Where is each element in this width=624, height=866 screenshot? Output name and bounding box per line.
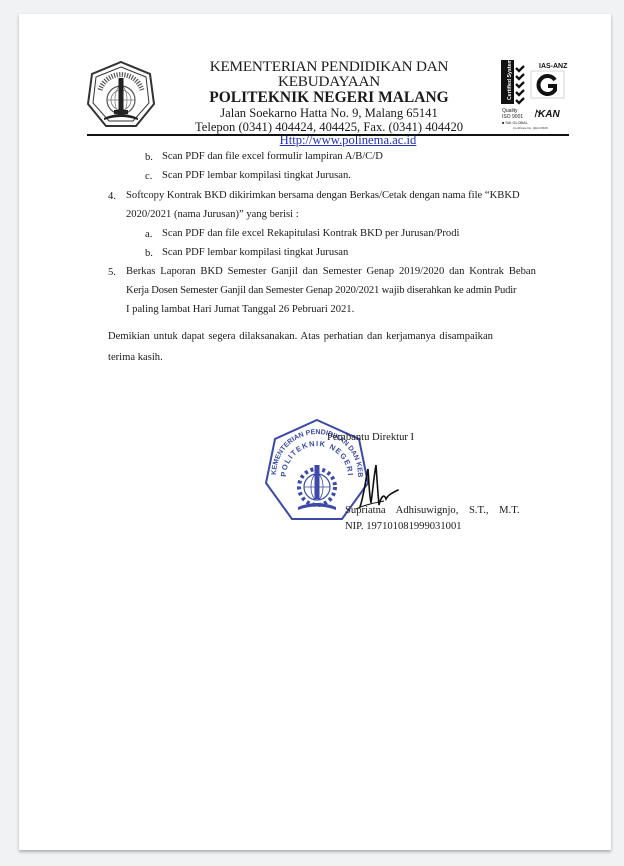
- list-item-text: Scan PDF dan file excel formulir lampira…: [162, 152, 383, 163]
- list-item-text: Scan PDF dan file excel Rekapitulasi Kon…: [162, 229, 459, 240]
- institution-name: POLITEKNIK NEGERI MALANG: [159, 90, 499, 106]
- list-item-text: 2020/2021 (nama Jurusan)” yang berisi :: [126, 210, 299, 221]
- closing-paragraph-line: terima kasih.: [108, 353, 163, 364]
- list-marker: 5.: [108, 267, 116, 278]
- list-item-text: Scan PDF lembar kompilasi tingkat Jurusa…: [162, 248, 348, 259]
- text-line: Softcopy Kontrak BKD dikirimkan bersama …: [126, 191, 520, 202]
- svg-text:IAS-ANZ: IAS-ANZ: [539, 63, 568, 70]
- document-page: KEMENTERIAN PENDIDIKAN DAN KEBUDAYAAN PO…: [19, 14, 611, 850]
- list-item-text: Berkas Laporan BKD Semester Ganjil dan S…: [126, 267, 536, 278]
- list-marker: a.: [145, 229, 152, 240]
- list-item-text: Scan PDF lembar kompilasi tingkat Jurusa…: [162, 171, 351, 182]
- svg-text:ISO 9001: ISO 9001: [502, 114, 523, 120]
- svg-text:■ SAI GLOBAL: ■ SAI GLOBAL: [502, 121, 528, 125]
- phone: Telepon (0341) 404424, 404425, Fax. (034…: [159, 121, 499, 134]
- letterhead-divider: [87, 134, 569, 136]
- polinema-logo-icon: [86, 60, 156, 130]
- list-marker: c.: [145, 171, 152, 182]
- svg-text:⨡KAN: ⨡KAN: [534, 109, 560, 120]
- signatory-nip: NIP. 197101081999031001: [345, 522, 462, 533]
- svg-text:Certificate No. QEC23608: Certificate No. QEC23608: [513, 126, 548, 130]
- list-marker: b.: [145, 248, 153, 259]
- list-item-text: Kerja Dosen Semester Ganjil dan Semester…: [126, 286, 516, 297]
- ministry-name: KEMENTERIAN PENDIDIKAN DAN KEBUDAYAAN: [159, 59, 499, 89]
- signatory-position: Pembantu Direktur I: [327, 433, 414, 444]
- signatory-name: Supriatna Adhisuwignjo, S.T., M.T.: [345, 506, 533, 517]
- signatory-name-text: Supriatna Adhisuwignjo, S.T., M.T.: [345, 506, 520, 517]
- address: Jalan Soekarno Hatta No. 9, Malang 65141: [159, 107, 499, 120]
- list-item-text: Softcopy Kontrak BKD dikirimkan bersama …: [126, 191, 538, 202]
- closing-paragraph-line: Demikian untuk dapat segera dilaksanakan…: [108, 332, 493, 343]
- list-marker: b.: [145, 152, 153, 163]
- list-item-text: I paling lambat Hari Jumat Tanggal 26 Pe…: [126, 305, 354, 316]
- list-marker: 4.: [108, 191, 116, 202]
- iso-certification-icon: Certified System IAS-ANZ Quality ISO 900…: [501, 60, 569, 130]
- svg-text:Certified System: Certified System: [507, 60, 513, 100]
